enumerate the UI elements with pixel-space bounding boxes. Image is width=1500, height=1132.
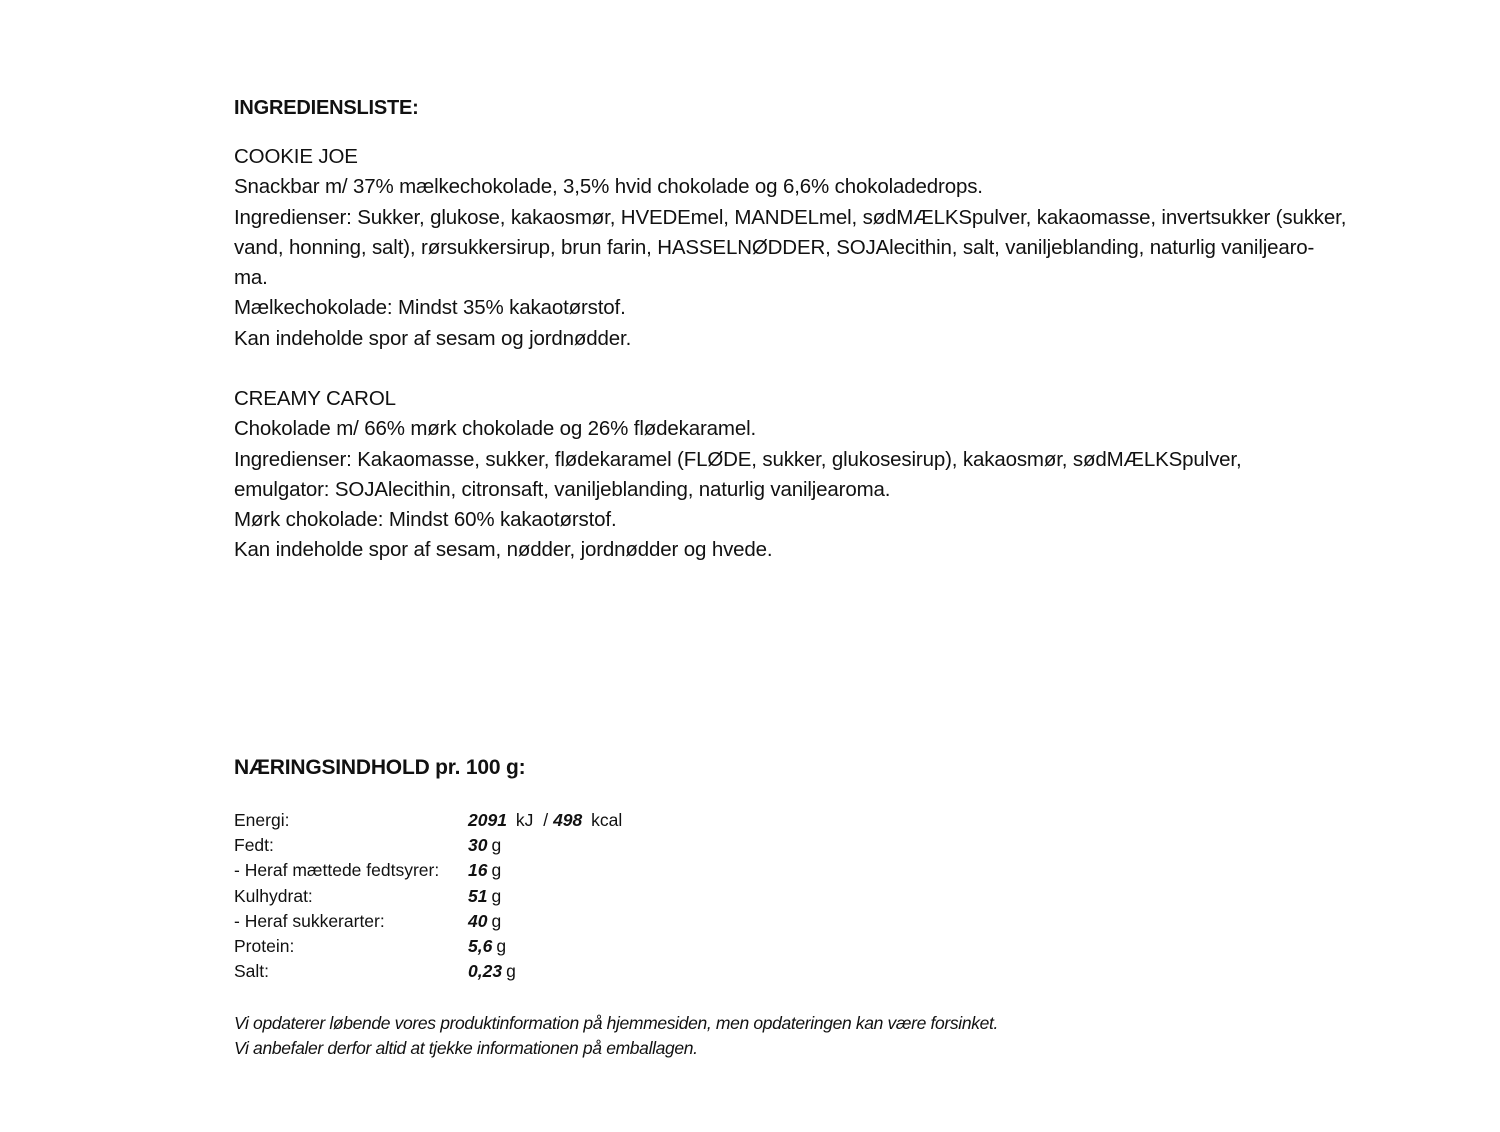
energy-separator: / — [543, 810, 548, 830]
product-description: Snackbar m/ 37% mælkechokolade, 3,5% hvi… — [234, 172, 1474, 202]
nutrition-row: Protein:5,6g — [234, 934, 622, 959]
allergen-note: Kan indeholde spor af sesam, nødder, jor… — [234, 535, 1474, 565]
ingredients-line: ma. — [234, 263, 1474, 293]
chocolate-note: Mørk chokolade: Mindst 60% kakaotørstof. — [234, 505, 1474, 535]
nutrition-value: 2091 kJ /498 kcal — [468, 808, 622, 833]
nutrition-unit: g — [491, 835, 501, 855]
product-cookie-joe: COOKIE JOE Snackbar m/ 37% mælkechokolad… — [234, 142, 1474, 354]
nutrition-amount: 5,6 — [468, 936, 492, 956]
product-name: CREAMY CAROL — [234, 384, 1474, 414]
nutrition-label: Protein: — [234, 934, 468, 959]
nutrition-label: Kulhydrat: — [234, 884, 468, 909]
nutrition-row: - Heraf mættede fedtsyrer:16g — [234, 858, 622, 883]
nutrition-amount: 0,23 — [468, 961, 502, 981]
product-creamy-carol: CREAMY CAROL Chokolade m/ 66% mørk choko… — [234, 384, 1474, 566]
nutrition-table: Energi: 2091 kJ /498 kcal Fedt:30g- Hera… — [234, 808, 622, 984]
nutrition-amount: 51 — [468, 886, 487, 906]
energy-kj-unit: kJ — [516, 810, 534, 830]
nutrition-label: Salt: — [234, 959, 468, 984]
disclaimer-line: Vi anbefaler derfor altid at tjekke info… — [234, 1036, 998, 1061]
nutrition-amount: 40 — [468, 911, 487, 931]
product-name: COOKIE JOE — [234, 142, 1474, 172]
nutrition-row: Kulhydrat:51g — [234, 884, 622, 909]
ingredients-line: vand, honning, salt), rørsukkersirup, br… — [234, 233, 1474, 263]
energy-kj-value: 2091 — [468, 810, 507, 830]
disclaimer: Vi opdaterer løbende vores produktinform… — [234, 1011, 998, 1061]
nutrition-amount: 30 — [468, 835, 487, 855]
nutrition-rows: Fedt:30g- Heraf mættede fedtsyrer:16gKul… — [234, 833, 622, 984]
nutrition-row-energy: Energi: 2091 kJ /498 kcal — [234, 808, 622, 833]
nutrition-label: - Heraf sukkerarter: — [234, 909, 468, 934]
ingredients-line: Ingredienser: Kakaomasse, sukker, flødek… — [234, 445, 1474, 475]
nutrition-unit: g — [506, 961, 516, 981]
nutrition-value: 5,6g — [468, 934, 506, 959]
nutrition-row: - Heraf sukkerarter:40g — [234, 909, 622, 934]
nutrition-unit: g — [491, 886, 501, 906]
ingredients-line: emulgator: SOJAlecithin, citronsaft, van… — [234, 475, 1474, 505]
nutrition-row: Fedt:30g — [234, 833, 622, 858]
energy-kcal-value: 498 — [553, 810, 582, 830]
energy-kcal-unit: kcal — [591, 810, 622, 830]
disclaimer-line: Vi opdaterer løbende vores produktinform… — [234, 1011, 998, 1036]
nutrition-amount: 16 — [468, 860, 487, 880]
nutrition-unit: g — [491, 911, 501, 931]
nutrition-unit: g — [491, 860, 501, 880]
nutrition-label: - Heraf mættede fedtsyrer: — [234, 858, 468, 883]
nutrition-value: 30g — [468, 833, 501, 858]
chocolate-note: Mælkechokolade: Mindst 35% kakaotørstof. — [234, 293, 1474, 323]
ingredients-line: Ingredienser: Sukker, glukose, kakaosmør… — [234, 203, 1474, 233]
nutrition-unit: g — [496, 936, 506, 956]
product-description: Chokolade m/ 66% mørk chokolade og 26% f… — [234, 414, 1474, 444]
nutrition-heading: NÆRINGSINDHOLD pr. 100 g: — [234, 756, 525, 780]
nutrition-value: 0,23g — [468, 959, 516, 984]
ingredients-heading: INGREDIENSLISTE: — [234, 97, 419, 120]
nutrition-value: 51g — [468, 884, 501, 909]
nutrition-value: 16g — [468, 858, 501, 883]
nutrition-value: 40g — [468, 909, 501, 934]
allergen-note: Kan indeholde spor af sesam og jordnødde… — [234, 324, 1474, 354]
nutrition-label: Fedt: — [234, 833, 468, 858]
nutrition-row: Salt:0,23g — [234, 959, 622, 984]
nutrition-label: Energi: — [234, 808, 468, 833]
